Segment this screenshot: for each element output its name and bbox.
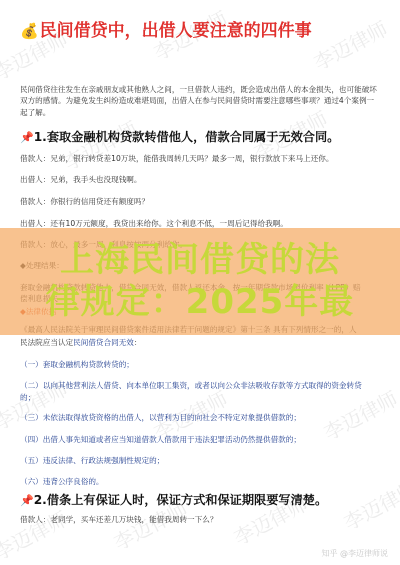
money-bag-icon: 💰 [20, 22, 39, 40]
law-item: 的； [20, 392, 390, 403]
case2-heading: 📌2.借条上有保证人时，保证方式和保证期限要写清楚。 [20, 492, 390, 509]
dialogue-line: 借款人：你银行的信用贷还有额度吗？ [20, 196, 390, 207]
law-text: 民法院应当认定民间借贷合同无效： [20, 337, 390, 348]
article-title: 💰民间借贷中，出借人要注意的四件事 [20, 18, 380, 44]
law-item: （一）套取金融机构贷款转贷的； [20, 359, 390, 370]
article-page: 李迈律师 李迈律师 李迈律师 李迈律师 李迈律师 李迈律师 李迈律师 李迈律师 … [0, 0, 400, 565]
law-item: （三）未依法取得放贷资格的出借人，以营利为目的向社会不特定对象提供借款的； [20, 412, 390, 423]
case2-heading-text: 2.借条上有保证人时，保证方式和保证期限要写清楚。 [34, 493, 327, 507]
dialogue-line: 借款人：兄弟，银行转贷差10万块，能借我周转几天吗？最多一周，银行款放下来马上还… [20, 153, 390, 164]
law-item: （五）违反法律、行政法规强制性规定的； [20, 455, 390, 466]
intro-paragraph: 民间借贷往往发生在亲戚朋友或其他熟人之间，一旦借款人违约，既会造成出借人的本金损… [20, 84, 380, 118]
pushpin-icon: 📌 [20, 131, 34, 144]
law-item: （二）以向其他营利法人借贷、向本单位职工集资，或者以向公众非法吸收存款等方式取得… [20, 380, 390, 391]
dialogue-line: 借款人：老同学，买车还差几万块钱，能借我周转一下么？ [20, 514, 390, 525]
overlay-headline-line2: 律规定：2025年最 [0, 282, 400, 322]
article-title-text: 民间借贷中，出借人要注意的四件事 [40, 21, 312, 41]
case1-heading: 📌1.套取金融机构贷款转借他人，借款合同属于无效合同。 [20, 129, 390, 146]
dialogue-line: 出借人：兄弟，我手头也没现钱啊。 [20, 174, 390, 185]
overlay-headline-line1: 上海民间借贷的法 [0, 240, 400, 280]
pushpin-icon: 📌 [20, 494, 34, 507]
law-item: （六）违背公序良俗的。 [20, 476, 390, 487]
source-credit: 知乎 @李迈律师说 [321, 548, 388, 559]
law-text-part: 民法院应当认定 [20, 338, 73, 347]
law-item: （四）出借人事先知道或者应当知道借款人借款用于违法犯罪活动仍然提供借款的； [20, 434, 390, 445]
law-text-highlight: 民间借贷合同无效 [73, 338, 134, 347]
case1-heading-text: 1.套取金融机构贷款转借他人，借款合同属于无效合同。 [34, 130, 340, 144]
law-text-part: ： [134, 338, 142, 347]
watermark: 李迈律师 [0, 503, 72, 565]
